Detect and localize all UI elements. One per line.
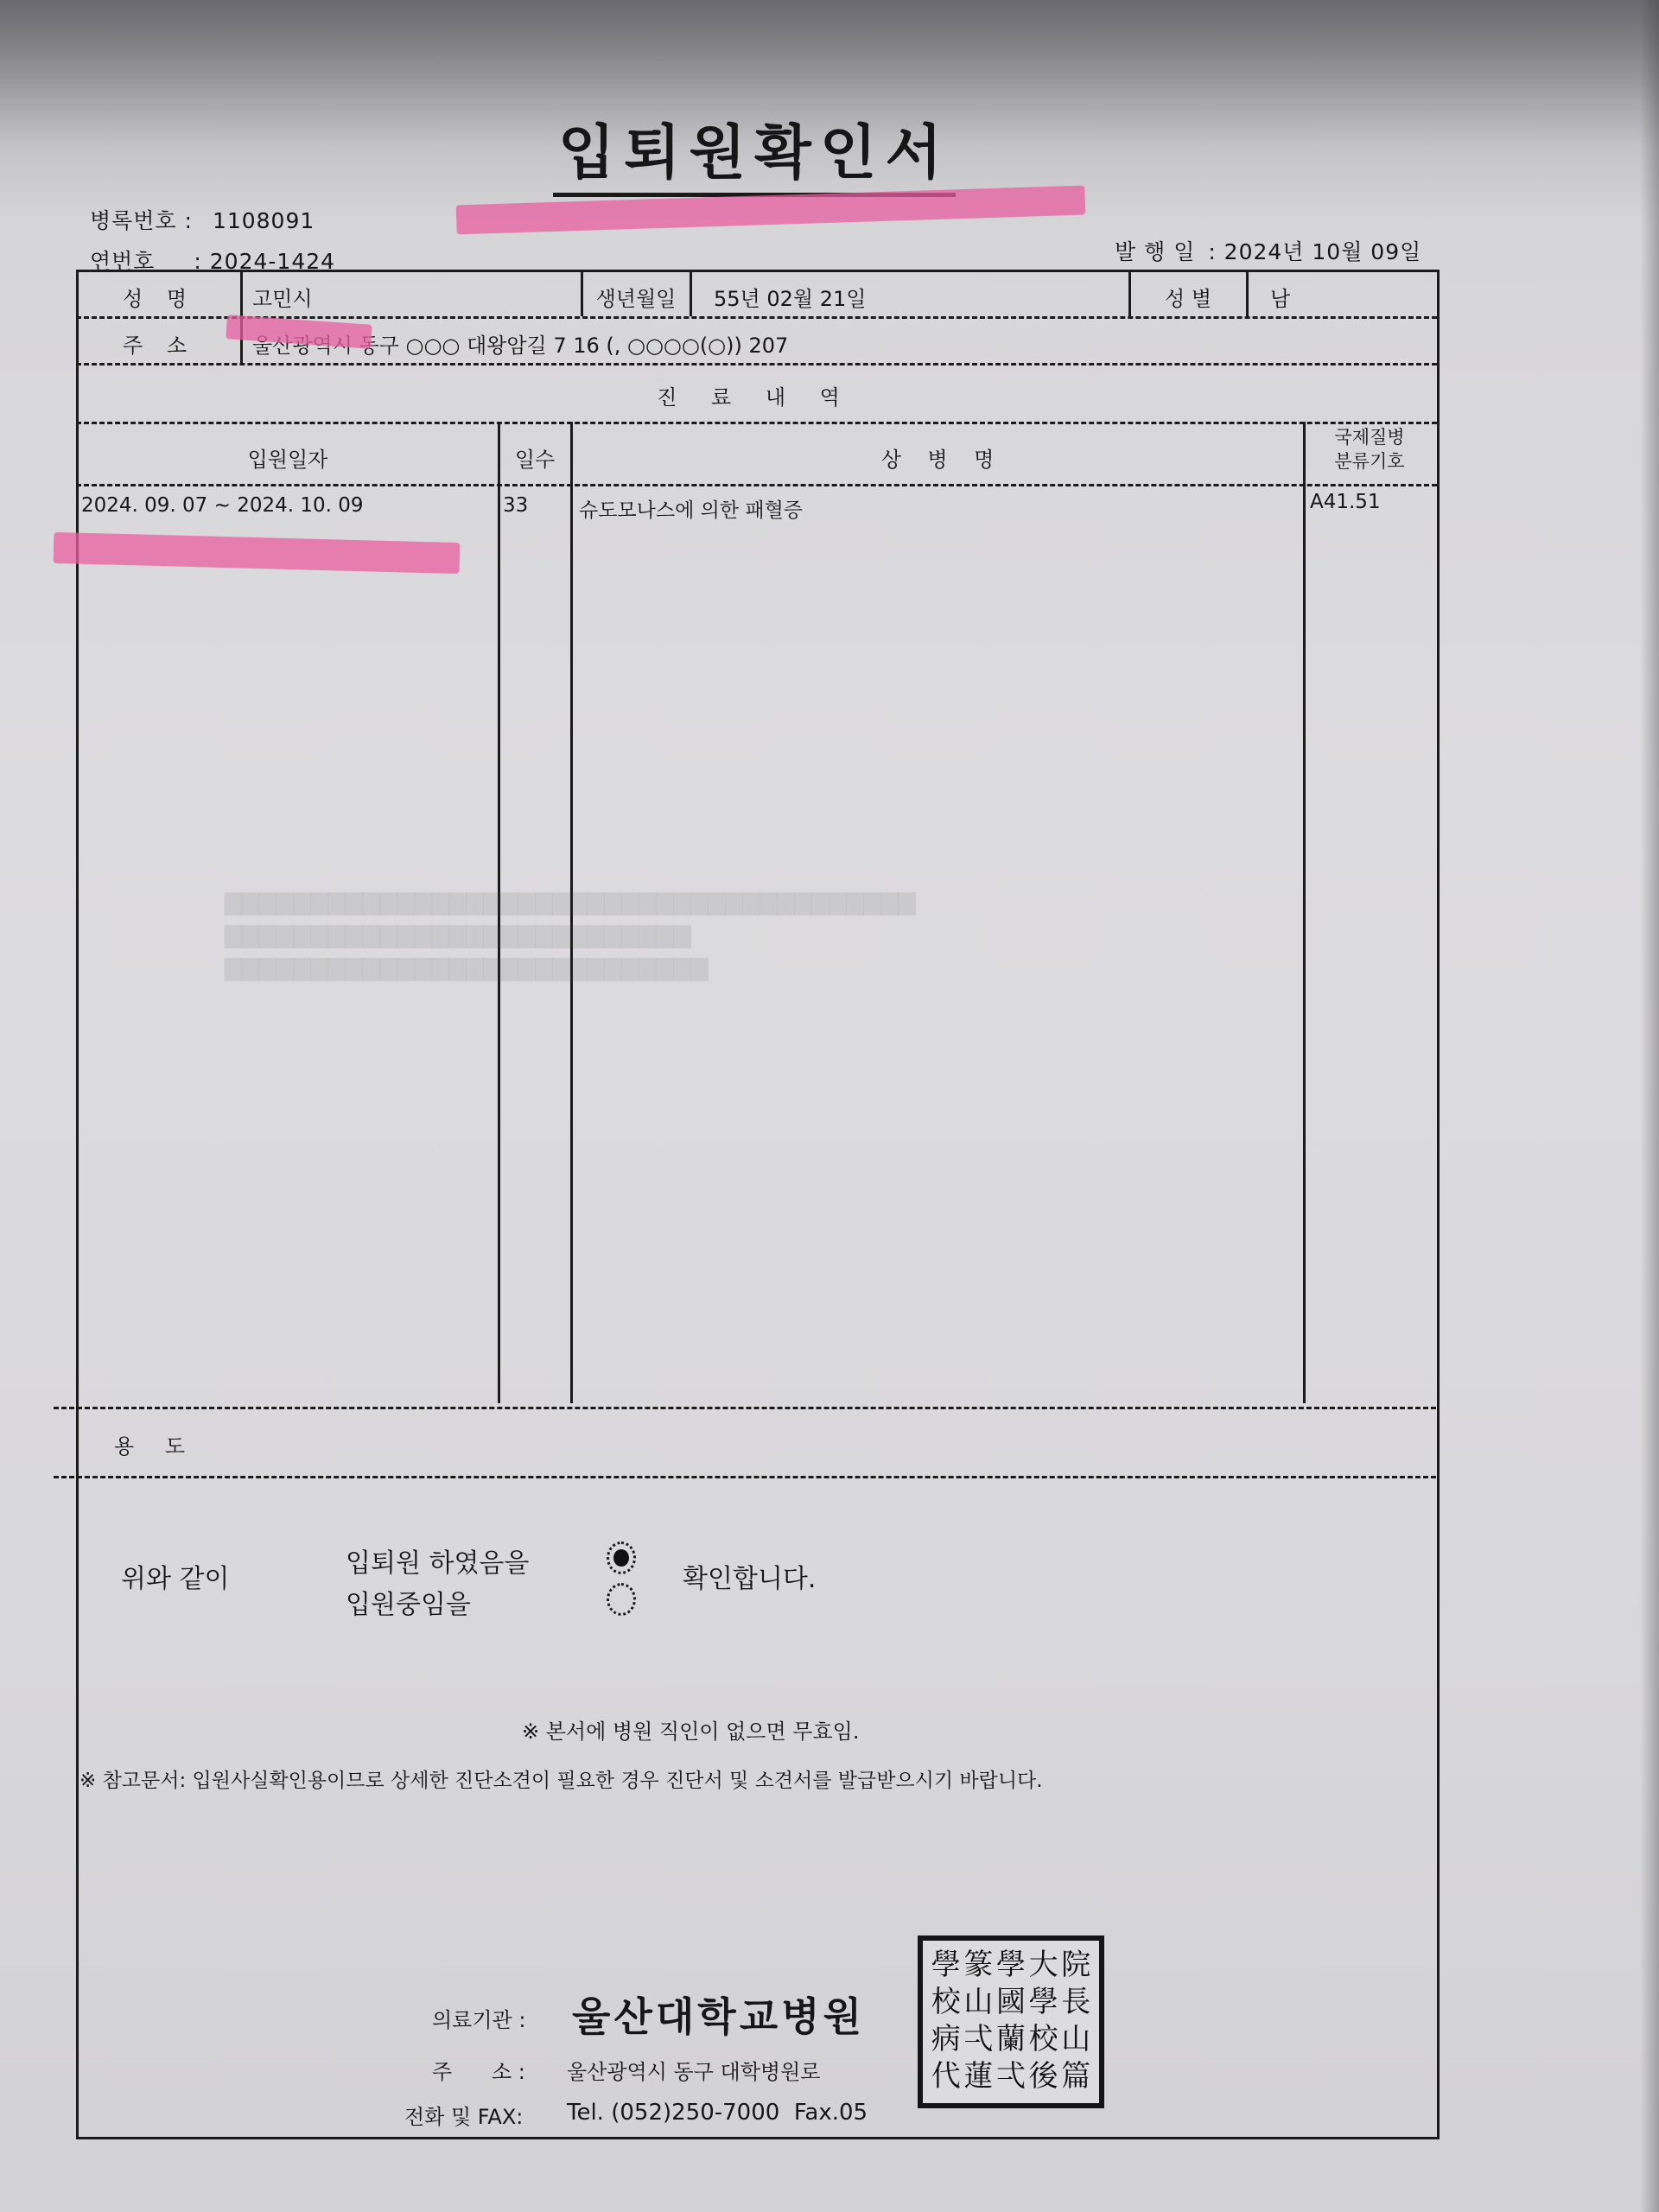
seal-character: 山 <box>1059 2022 1092 2059</box>
col-header-icd: 국제질병 분류기호 <box>1306 425 1433 474</box>
radio-selected-dot <box>613 1549 629 1567</box>
record-number: 병록번호 : 1108091 <box>90 204 315 235</box>
row-divider <box>76 422 1437 424</box>
seal-character: 蘭 <box>995 2022 1027 2059</box>
name-label: 성 명 <box>79 282 238 312</box>
seal-character: 學 <box>1027 1985 1060 2022</box>
treatment-section-title: 진 료 내 역 <box>76 380 1434 410</box>
option-inpatient-label: 입원중임을 <box>346 1583 471 1621</box>
seal-character: 弌 <box>995 2059 1027 2096</box>
address-label: 주 소 <box>79 328 238 359</box>
seal-character: 蓮 <box>963 2059 995 2096</box>
col-header-diagnosis: 상 병 명 <box>574 442 1301 473</box>
seal-characters: 學篆學大院校山國學長病弌蘭校山代蓮弌後篇 <box>930 1948 1092 2096</box>
sex-label: 성 별 <box>1132 282 1244 312</box>
row-divider <box>76 484 1437 486</box>
seal-character: 校 <box>930 1985 963 2022</box>
seal-character: 山 <box>963 1985 995 2022</box>
seal-character: 篆 <box>963 1948 995 1985</box>
seal-character: 代 <box>930 2059 963 2096</box>
confirmation-lead: 위와 같이 <box>121 1557 229 1595</box>
patient-sex: 남 <box>1270 282 1290 312</box>
row-divider <box>54 1476 1436 1478</box>
confirmation-tail: 확인합니다. <box>683 1557 816 1595</box>
institution-address: 울산광역시 동구 대학병원로 <box>567 2055 820 2085</box>
birth-label: 생년월일 <box>584 282 688 312</box>
institution-address-label: 주 소 : <box>432 2055 525 2085</box>
option-discharged-radio[interactable] <box>607 1541 636 1574</box>
hospital-seal-stamp: 學篆學大院校山國學長病弌蘭校山代蓮弌後篇 <box>918 1935 1104 2108</box>
bleed-through-text: ▇▇▇▇▇▇▇▇▇▇▇▇▇▇▇▇▇▇▇▇▇▇▇▇▇▇▇▇ <box>225 956 709 982</box>
institution-name: 울산대학교병원 <box>572 1986 865 2043</box>
record-number-value: 1108091 <box>213 208 315 233</box>
bleed-through-text: ▇▇▇▇▇▇▇▇▇▇▇▇▇▇▇▇▇▇▇▇▇▇▇▇▇▇▇ <box>225 923 691 949</box>
col-header-icd-line1: 국제질병 <box>1306 425 1433 449</box>
seal-notice: ※ 본서에 병원 직인이 없으면 무효임. <box>522 1714 859 1745</box>
row-days: 33 <box>503 494 528 517</box>
record-number-label: 병록번호 : <box>90 208 193 233</box>
seal-character: 長 <box>1059 1985 1092 2022</box>
row-period: 2024. 09. 07 ~ 2024. 10. 09 <box>81 494 364 517</box>
institution-phone: Tel. (052)250-7000 Fax.05 <box>567 2100 868 2126</box>
seal-character: 學 <box>995 1948 1027 1985</box>
option-inpatient-radio[interactable] <box>607 1583 636 1616</box>
patient-name: 고민시 <box>252 282 313 312</box>
seal-character: 學 <box>930 1948 963 1985</box>
photo-shadow-right <box>1640 0 1659 2212</box>
seal-character: 後 <box>1027 2059 1060 2096</box>
col-header-admission-date: 입원일자 <box>79 442 496 473</box>
col-divider <box>581 270 583 316</box>
seal-character: 院 <box>1059 1948 1092 1985</box>
row-divider <box>76 363 1437 365</box>
seal-character: 病 <box>930 2022 963 2059</box>
institution-phone-label: 전화 및 FAX: <box>404 2100 523 2130</box>
bleed-through-text: ▇▇▇▇▇▇▇▇▇▇▇▇▇▇▇▇▇▇▇▇▇▇▇▇▇▇▇▇▇▇▇▇▇▇▇▇▇▇▇▇ <box>225 890 916 916</box>
seal-character: 校 <box>1027 2022 1060 2059</box>
col-divider <box>1246 270 1249 316</box>
option-discharged-label: 입퇴원 하였음을 <box>346 1541 529 1580</box>
seal-character: 大 <box>1027 1948 1060 1985</box>
row-divider <box>54 1407 1436 1409</box>
issue-date-label: 발 행 일 <box>1115 239 1195 264</box>
issue-date-value: : 2024년 10월 09일 <box>1208 239 1421 264</box>
seal-character: 弌 <box>963 2022 995 2059</box>
document-title: 입퇴원확인서 <box>553 117 956 197</box>
issue-date: 발 행 일 : 2024년 10월 09일 <box>1115 235 1421 266</box>
reference-notice: ※ 참고문서: 입원사실확인용이므로 상세한 진단소견이 필요한 경우 진단서 … <box>79 1764 1043 1793</box>
row-diagnosis: 슈도모나스에 의한 패혈증 <box>579 494 803 523</box>
row-icd-code: A41.51 <box>1310 491 1381 513</box>
seal-character: 篇 <box>1059 2059 1092 2096</box>
col-divider-code <box>1303 422 1306 1403</box>
col-header-icd-line2: 분류기호 <box>1306 449 1433 474</box>
purpose-label: 용 도 <box>114 1429 197 1459</box>
col-divider <box>1128 270 1131 316</box>
col-divider <box>690 270 692 316</box>
seal-character: 國 <box>995 1985 1027 2022</box>
patient-birth: 55년 02월 21일 <box>714 282 866 312</box>
institution-label: 의료기관 : <box>432 2003 525 2033</box>
col-header-days: 일수 <box>501 442 569 473</box>
